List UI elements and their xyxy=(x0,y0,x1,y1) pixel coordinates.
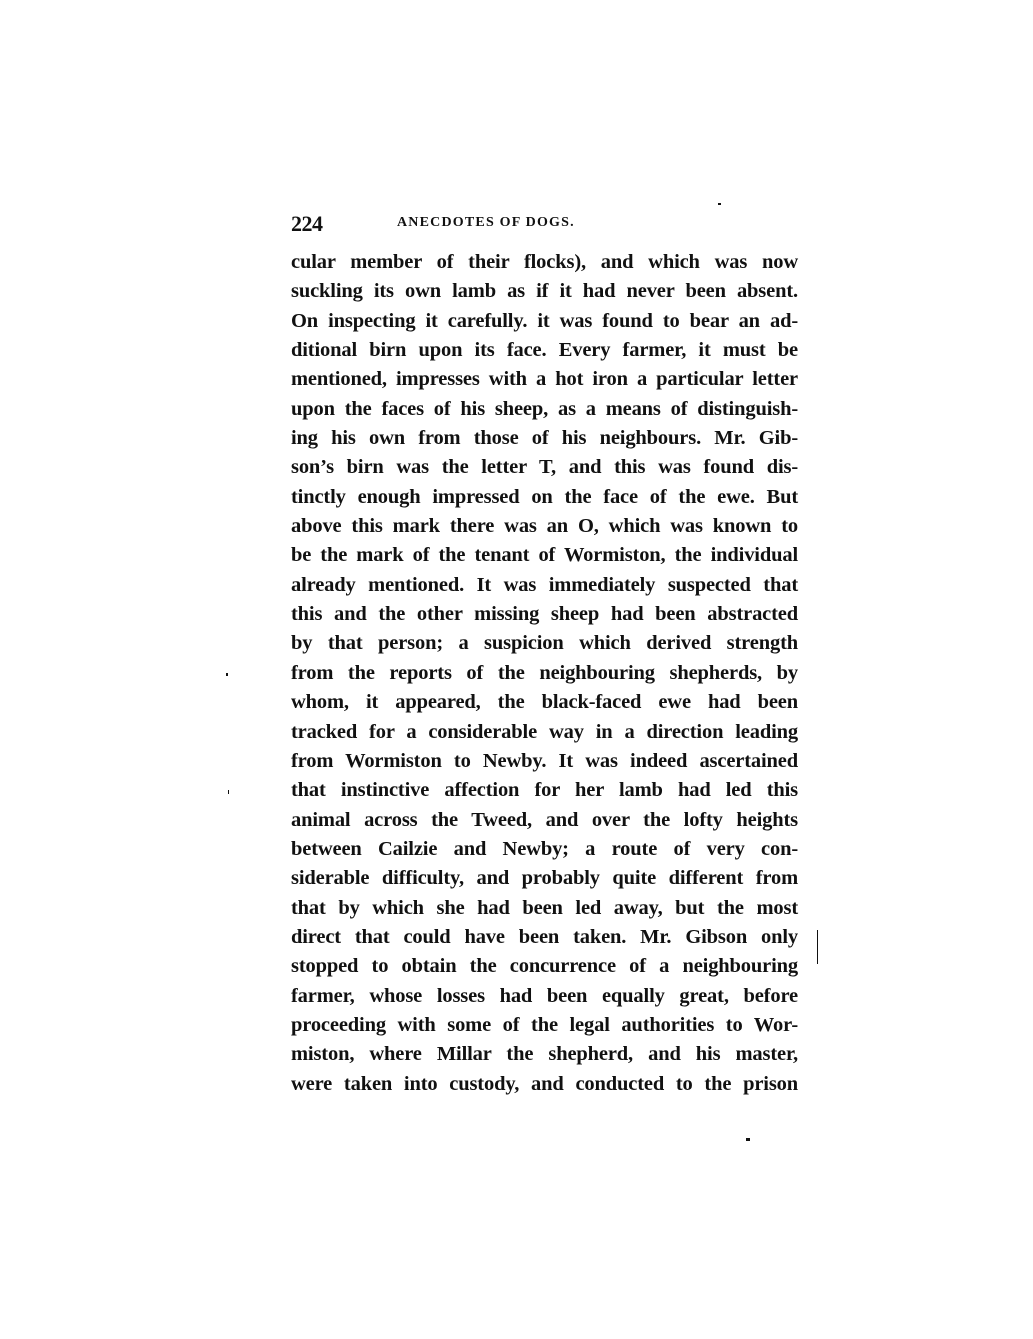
body-text: cular member of their flocks), and which… xyxy=(291,248,798,1099)
text-line: cular member of their flocks), and which… xyxy=(291,248,798,277)
text-line: On inspecting it carefully. it was found… xyxy=(291,307,798,336)
scan-speck xyxy=(228,790,229,794)
text-line: by that person; a suspicion which derive… xyxy=(291,629,798,658)
page-number: 224 xyxy=(291,211,323,237)
scan-speck xyxy=(718,203,721,205)
text-line: were taken into custody, and conducted t… xyxy=(291,1070,798,1099)
text-line: that by which she had been led away, but… xyxy=(291,894,798,923)
text-line: ing his own from those of his neighbours… xyxy=(291,424,798,453)
text-line: tracked for a considerable way in a dire… xyxy=(291,718,798,747)
text-line: ditional birn upon its face. Every farme… xyxy=(291,336,798,365)
text-line: between Cailzie and Newby; a route of ve… xyxy=(291,835,798,864)
running-head: 224 ANECDOTES OF DOGS. xyxy=(291,211,797,235)
text-line: this and the other missing sheep had bee… xyxy=(291,600,798,629)
text-line: tinctly enough impressed on the face of … xyxy=(291,483,798,512)
book-page: 224 ANECDOTES OF DOGS. cular member of t… xyxy=(0,0,1033,1339)
text-line: direct that could have been taken. Mr. G… xyxy=(291,923,798,952)
running-title: ANECDOTES OF DOGS. xyxy=(397,215,575,231)
text-line: siderable difficulty, and probably quite… xyxy=(291,864,798,893)
text-line: above this mark there was an O, which wa… xyxy=(291,512,798,541)
text-line: proceeding with some of the legal author… xyxy=(291,1011,798,1040)
scan-speck xyxy=(226,673,228,676)
text-line: from Wormiston to Newby. It was indeed a… xyxy=(291,747,798,776)
text-line: suckling its own lamb as if it had never… xyxy=(291,277,798,306)
text-line: whom, it appeared, the black-faced ewe h… xyxy=(291,688,798,717)
text-line: mentioned, impresses with a hot iron a p… xyxy=(291,365,798,394)
scan-rule-mark xyxy=(817,930,818,964)
text-line: already mentioned. It was immediately su… xyxy=(291,571,798,600)
text-line: from the reports of the neighbouring she… xyxy=(291,659,798,688)
text-line: animal across the Tweed, and over the lo… xyxy=(291,806,798,835)
scan-speck xyxy=(746,1138,750,1141)
text-line: be the mark of the tenant of Wormiston, … xyxy=(291,541,798,570)
text-line: miston, where Millar the shepherd, and h… xyxy=(291,1040,798,1069)
text-line: son’s birn was the letter T, and this wa… xyxy=(291,453,798,482)
text-line: farmer, whose losses had been equally gr… xyxy=(291,982,798,1011)
text-line: that instinctive affection for her lamb … xyxy=(291,776,798,805)
text-line: upon the faces of his sheep, as a means … xyxy=(291,395,798,424)
text-line: stopped to obtain the concurrence of a n… xyxy=(291,952,798,981)
